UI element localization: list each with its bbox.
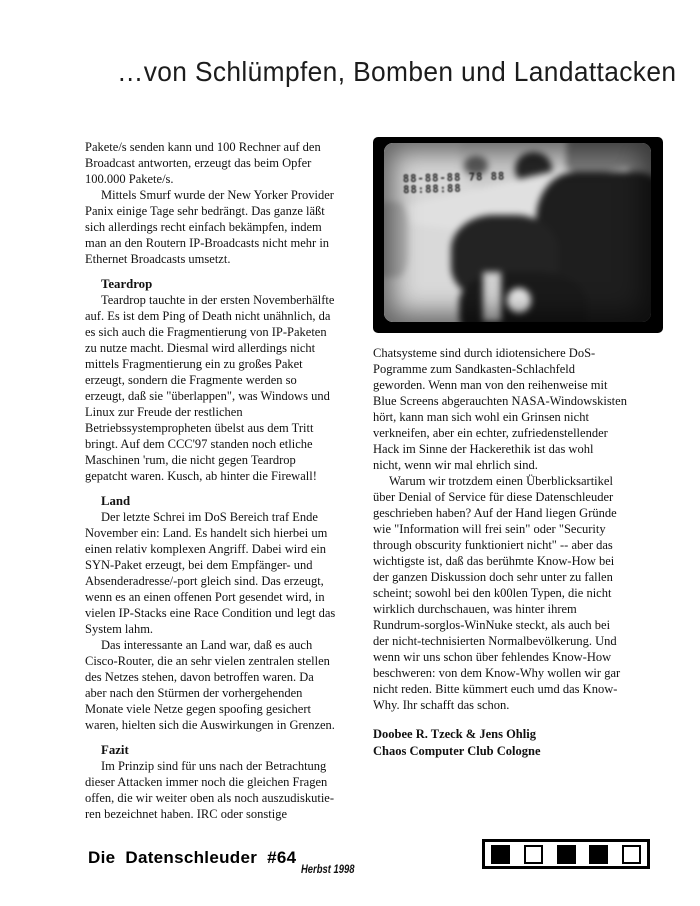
section-heading-teardrop: Teardrop (101, 276, 381, 292)
photo-vignette (384, 143, 651, 322)
page-indicator-filled-square (491, 845, 510, 864)
paragraph-intro-2: Mittels Smurf wurde der New Yorker Provi… (85, 187, 381, 267)
magazine-page: …von Schlümpfen, Bomben und Landattacken… (0, 0, 700, 906)
page-indicator-empty-square (524, 845, 543, 864)
right-column: 88-88-88 78 88 88:88:88 Chatsysteme sind… (373, 137, 669, 760)
footer-issue-date: Herbst 1998 (301, 864, 354, 876)
section-heading-land: Land (101, 493, 381, 509)
paragraph-fazit: Im Prinzip sind für uns nach der Betrach… (85, 758, 381, 822)
left-column: Pakete/s senden kann und 100 Rechner auf… (85, 139, 381, 822)
page-indicator (482, 839, 650, 869)
page-indicator-filled-square (557, 845, 576, 864)
article-title: …von Schlümpfen, Bomben und Landattacken (117, 56, 676, 88)
paragraph-intro-1: Pakete/s senden kann und 100 Rechner auf… (85, 139, 381, 187)
surveillance-photo: 88-88-88 78 88 88:88:88 (373, 137, 663, 333)
page-indicator-filled-square (589, 845, 608, 864)
page-indicator-empty-square (622, 845, 641, 864)
section-heading-fazit: Fazit (101, 742, 381, 758)
footer-magazine-title: Die Datenschleuder #64 (88, 848, 296, 868)
paragraph-land-2: Das interessante an Land war, daß es auc… (85, 637, 381, 733)
byline: Doobee R. Tzeck & Jens Ohlig Chaos Compu… (373, 726, 669, 760)
paragraph-warum: Warum wir trotzdem einen Überblicksartik… (373, 473, 669, 713)
paragraph-teardrop: Teardrop tauchte in der ersten Novemberh… (85, 292, 381, 484)
photo-frame: 88-88-88 78 88 88:88:88 (384, 143, 651, 322)
paragraph-land-1: Der letzte Schrei im DoS Bereich traf En… (85, 509, 381, 637)
paragraph-chat: Chatsysteme sind durch idiotensichere Do… (373, 345, 669, 473)
